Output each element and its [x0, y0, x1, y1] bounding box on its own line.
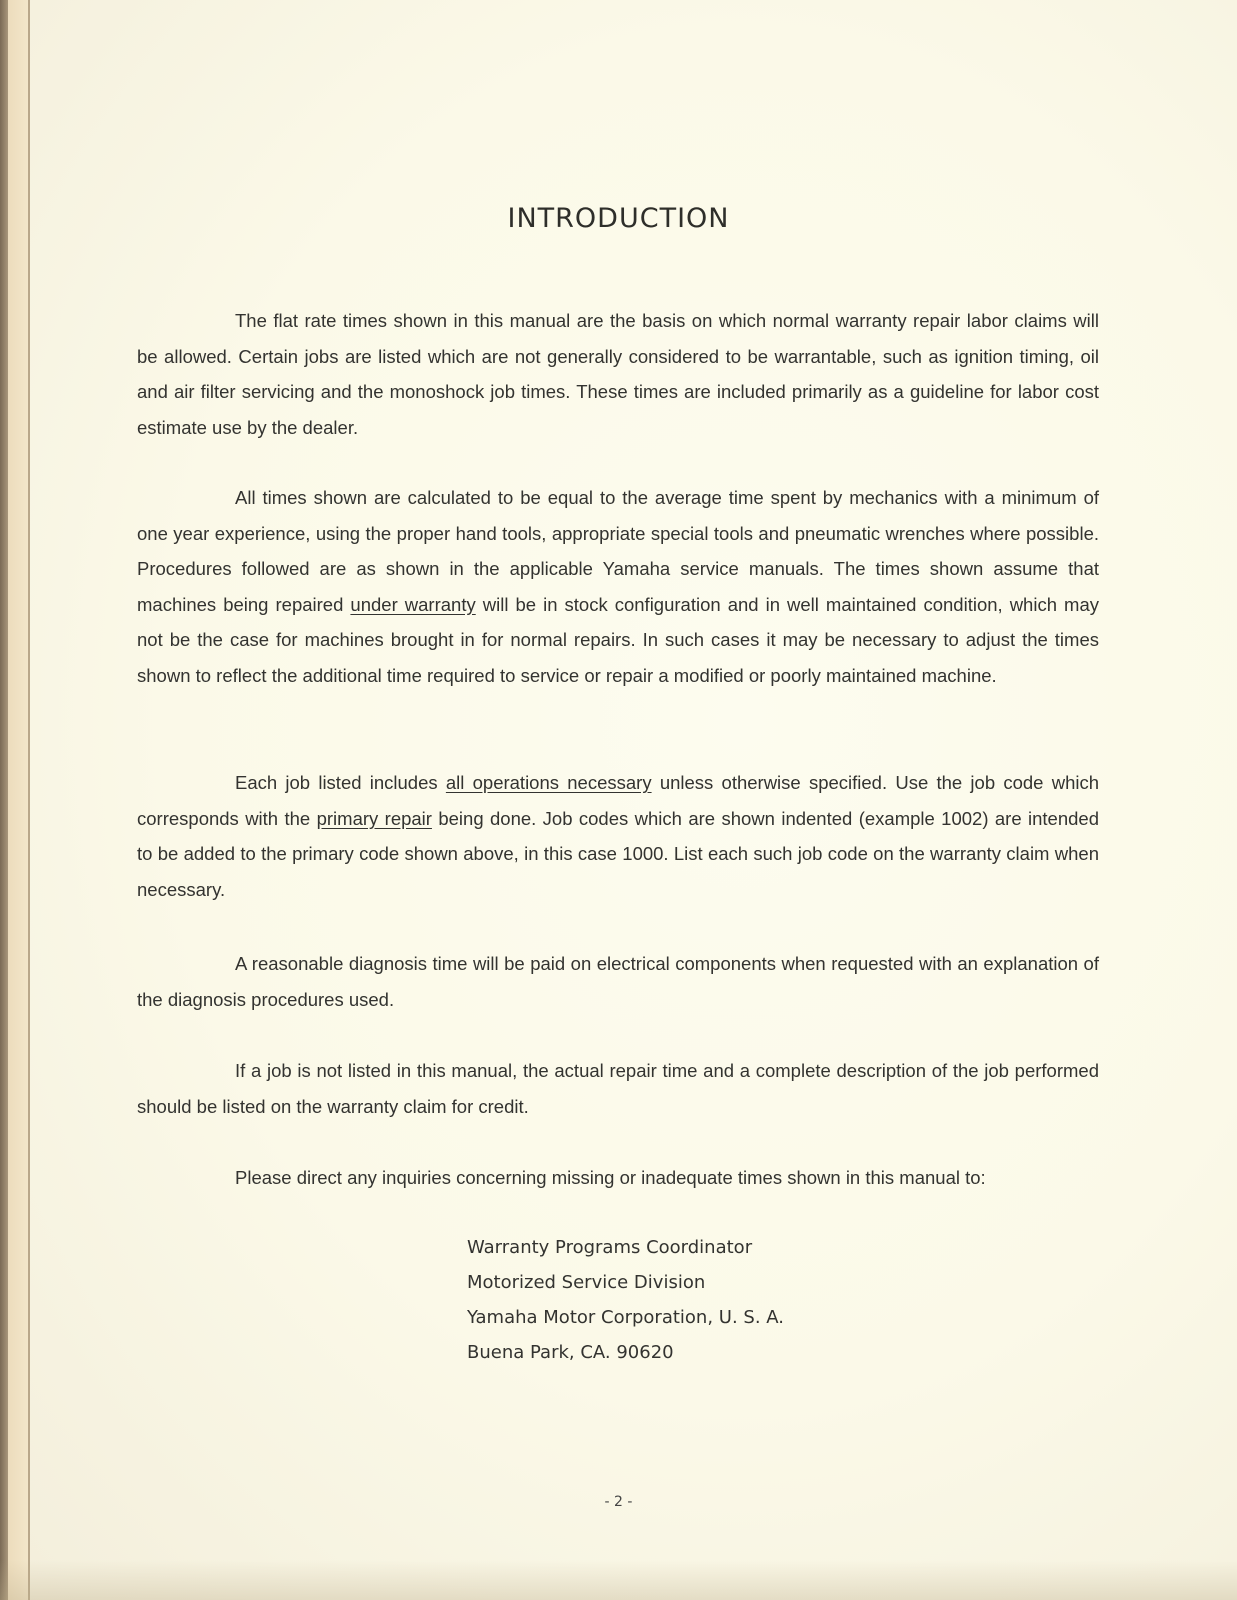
contact-address: Warranty Programs Coordinator Motorized … [467, 1230, 784, 1370]
page-shadow [0, 1560, 1237, 1600]
address-line: Warranty Programs Coordinator [467, 1230, 784, 1265]
paragraph-text: If a job is not listed in this manual, t… [137, 1060, 1099, 1117]
binding-edge [0, 0, 8, 1600]
paragraph-diagnosis: A reasonable diagnosis time will be paid… [137, 946, 1099, 1017]
paragraph-flat-rate: The flat rate times shown in this manual… [137, 303, 1099, 445]
paragraph-job-codes: Each job listed includes all operations … [137, 765, 1099, 907]
paragraph-text: The flat rate times shown in this manual… [137, 310, 1099, 438]
paragraph-times-calculation: All times shown are calculated to be equ… [137, 480, 1099, 693]
address-line: Buena Park, CA. 90620 [467, 1335, 784, 1370]
paragraph-text: A reasonable diagnosis time will be paid… [137, 953, 1099, 1010]
paragraph-unlisted-job: If a job is not listed in this manual, t… [137, 1053, 1099, 1124]
paragraph-inquiries: Please direct any inquiries concerning m… [137, 1160, 1099, 1196]
address-line: Yamaha Motor Corporation, U. S. A. [467, 1300, 784, 1335]
document-page: INTRODUCTION The flat rate times shown i… [0, 0, 1237, 1600]
page-edge-strip [8, 0, 30, 1600]
underlined-phrase: under warranty [350, 594, 475, 615]
page-title: INTRODUCTION [0, 203, 1237, 234]
address-line: Motorized Service Division [467, 1265, 784, 1300]
paragraph-text: Each job listed includes [235, 772, 446, 793]
paragraph-text: Please direct any inquiries concerning m… [235, 1167, 986, 1188]
underlined-phrase: all operations necessary [446, 772, 652, 793]
underlined-phrase: primary repair [317, 808, 432, 829]
page-number: - 2 - [0, 1494, 1237, 1510]
